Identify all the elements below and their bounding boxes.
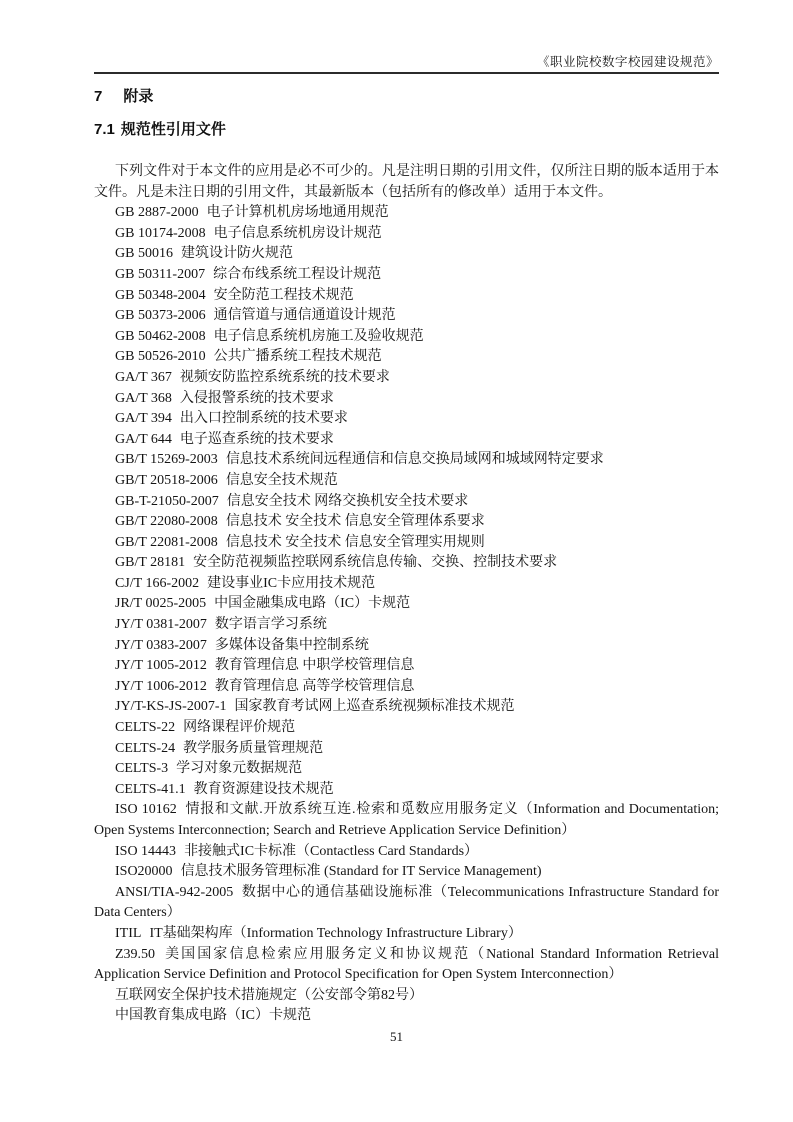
reference-code: GB 50348-2004 — [115, 288, 206, 303]
subsection-heading: 7.1规范性引用文件 — [94, 121, 719, 138]
reference-item: GA/T 644电子巡查系统的技术要求 — [94, 430, 719, 451]
reference-code: GB 10174-2008 — [115, 226, 206, 241]
reference-item: Z39.50美国国家信息检索应用服务定义和协议规范（National Stand… — [94, 945, 719, 986]
reference-item: GB 50311-2007综合布线系统工程设计规范 — [94, 265, 719, 286]
reference-title: 中国金融集成电路（IC）卡规范 — [214, 596, 410, 611]
reference-title: 信息技术服务管理标准 (Standard for IT Service Mana… — [181, 864, 542, 879]
reference-item: CELTS-22网络课程评价规范 — [94, 718, 719, 739]
reference-title: 网络课程评价规范 — [183, 720, 295, 735]
section-title: 附录 — [123, 88, 153, 105]
reference-item: GB-T-21050-2007信息安全技术 网络交换机安全技术要求 — [94, 492, 719, 513]
section-heading: 7附录 — [94, 88, 719, 105]
reference-title: 信息安全技术 网络交换机安全技术要求 — [227, 494, 469, 509]
reference-title: 视频安防监控系统系统的技术要求 — [180, 370, 390, 385]
reference-code: CELTS-22 — [115, 720, 175, 735]
reference-title: 电子巡查系统的技术要求 — [180, 432, 334, 447]
reference-title: 数字语言学习系统 — [215, 617, 327, 632]
reference-code: GB 50016 — [115, 246, 173, 261]
reference-code: GB/T 15269-2003 — [115, 452, 218, 467]
subsection-number: 7.1 — [94, 121, 115, 138]
reference-code: ITIL — [115, 926, 141, 941]
reference-code: GB 50526-2010 — [115, 349, 206, 364]
reference-item: JY/T-KS-JS-2007-1国家教育考试网上巡查系统视频标准技术规范 — [94, 697, 719, 718]
reference-title: 公共广播系统工程技术规范 — [214, 349, 382, 364]
reference-title: 美国国家信息检索应用服务定义和协议规范（National Standard In… — [94, 947, 719, 983]
reference-title: 国家教育考试网上巡查系统视频标准技术规范 — [235, 699, 515, 714]
reference-title: 通信管道与通信通道设计规范 — [214, 308, 396, 323]
reference-code: GB 50373-2006 — [115, 308, 206, 323]
reference-code: ISO 10162 — [115, 802, 177, 817]
reference-item: ISO 14443非接触式IC卡标准（Contactless Card Stan… — [94, 842, 719, 863]
section-number: 7 — [94, 88, 102, 105]
reference-item: JY/T 1005-2012教育管理信息 中职学校管理信息 — [94, 656, 719, 677]
reference-item: GB 10174-2008电子信息系统机房设计规范 — [94, 224, 719, 245]
reference-item: GB/T 22081-2008信息技术 安全技术 信息安全管理实用规则 — [94, 533, 719, 554]
reference-title: 非接触式IC卡标准（Contactless Card Standards） — [184, 844, 478, 859]
page-body: 7附录 7.1规范性引用文件 下列文件对于本文件的应用是必不可少的。凡是注明日期… — [94, 88, 719, 1027]
reference-title: 电子信息系统机房施工及验收规范 — [214, 329, 424, 344]
reference-code: ISO20000 — [115, 864, 173, 879]
reference-code: GB 50311-2007 — [115, 267, 205, 282]
reference-title: 教育管理信息 中职学校管理信息 — [215, 658, 415, 673]
reference-title: IT基础架构库（Information Technology Infrastru… — [149, 926, 521, 941]
reference-item: 互联网安全保护技术措施规定（公安部令第82号） — [94, 986, 719, 1007]
reference-code: GB/T 28181 — [115, 555, 185, 570]
reference-code: GA/T 367 — [115, 370, 172, 385]
reference-item: GB/T 15269-2003信息技术系统间远程通信和信息交换局域网和城域网特定… — [94, 450, 719, 471]
reference-title: 信息技术系统间远程通信和信息交换局域网和城域网特定要求 — [226, 452, 604, 467]
running-title: 《职业院校数字校园建设规范》 — [537, 55, 719, 69]
reference-code: GB-T-21050-2007 — [115, 494, 219, 509]
reference-title: 综合布线系统工程设计规范 — [213, 267, 381, 282]
page-number: 51 — [390, 1029, 403, 1044]
reference-item: CELTS-3学习对象元数据规范 — [94, 759, 719, 780]
reference-item: CJ/T 166-2002建设事业IC卡应用技术规范 — [94, 574, 719, 595]
reference-title: 信息技术 安全技术 信息安全管理实用规则 — [226, 535, 485, 550]
reference-code: CELTS-24 — [115, 741, 175, 756]
reference-title: 情报和文献.开放系统互连.检索和觅数应用服务定义（Information and… — [94, 802, 719, 838]
reference-title: 中国教育集成电路（IC）卡规范 — [115, 1008, 311, 1023]
reference-item: GA/T 367视频安防监控系统系统的技术要求 — [94, 368, 719, 389]
reference-code: JY/T-KS-JS-2007-1 — [115, 699, 227, 714]
reference-title: 入侵报警系统的技术要求 — [180, 391, 334, 406]
reference-code: CELTS-41.1 — [115, 782, 186, 797]
reference-code: GB/T 20518-2006 — [115, 473, 218, 488]
reference-item: GB/T 20518-2006信息安全技术规范 — [94, 471, 719, 492]
reference-item: GB 50526-2010公共广播系统工程技术规范 — [94, 347, 719, 368]
intro-paragraph: 下列文件对于本文件的应用是必不可少的。凡是注明日期的引用文件，仅所注日期的版本适… — [94, 162, 719, 203]
reference-code: GA/T 368 — [115, 391, 172, 406]
reference-item: JR/T 0025-2005中国金融集成电路（IC）卡规范 — [94, 594, 719, 615]
reference-item: JY/T 0381-2007数字语言学习系统 — [94, 615, 719, 636]
reference-title: 建设事业IC卡应用技术规范 — [207, 576, 375, 591]
reference-item: ITILIT基础架构库（Information Technology Infra… — [94, 924, 719, 945]
reference-item: GB 2887-2000电子计算机机房场地通用规范 — [94, 203, 719, 224]
reference-title: 安全防范工程技术规范 — [214, 288, 354, 303]
reference-title: 电子计算机机房场地通用规范 — [207, 205, 389, 220]
reference-code: GB 2887-2000 — [115, 205, 199, 220]
reference-title: 安全防范视频监控联网系统信息传输、交换、控制技术要求 — [193, 555, 557, 570]
reference-title: 电子信息系统机房设计规范 — [214, 226, 382, 241]
reference-title: 信息技术 安全技术 信息安全管理体系要求 — [226, 514, 485, 529]
reference-item: GB/T 28181安全防范视频监控联网系统信息传输、交换、控制技术要求 — [94, 553, 719, 574]
subsection-title: 规范性引用文件 — [121, 121, 226, 138]
reference-code: Z39.50 — [115, 947, 155, 962]
reference-item: GB/T 22080-2008信息技术 安全技术 信息安全管理体系要求 — [94, 512, 719, 533]
reference-item: JY/T 1006-2012教育管理信息 高等学校管理信息 — [94, 677, 719, 698]
reference-item: GA/T 394出入口控制系统的技术要求 — [94, 409, 719, 430]
reference-title: 出入口控制系统的技术要求 — [180, 411, 348, 426]
reference-code: CELTS-3 — [115, 761, 168, 776]
reference-title: 教育资源建设技术规范 — [194, 782, 334, 797]
reference-list: GB 2887-2000电子计算机机房场地通用规范 GB 10174-2008电… — [94, 203, 719, 1027]
reference-item: ISO 10162情报和文献.开放系统互连.检索和觅数应用服务定义（Inform… — [94, 800, 719, 841]
page-header: 《职业院校数字校园建设规范》 — [94, 55, 719, 74]
page-footer: 51 — [0, 1029, 793, 1044]
reference-code: GB 50462-2008 — [115, 329, 206, 344]
reference-code: GB/T 22080-2008 — [115, 514, 218, 529]
reference-code: GA/T 394 — [115, 411, 172, 426]
reference-title: 信息安全技术规范 — [226, 473, 338, 488]
reference-item: GB 50348-2004安全防范工程技术规范 — [94, 286, 719, 307]
reference-title: 建筑设计防火规范 — [181, 246, 293, 261]
reference-code: JY/T 0383-2007 — [115, 638, 207, 653]
reference-title: 教学服务质量管理规范 — [183, 741, 323, 756]
reference-code: GB/T 22081-2008 — [115, 535, 218, 550]
reference-title: 学习对象元数据规范 — [176, 761, 302, 776]
reference-code: ANSI/TIA-942-2005 — [115, 885, 233, 900]
document-page: 《职业院校数字校园建设规范》 7附录 7.1规范性引用文件 下列文件对于本文件的… — [0, 0, 793, 1122]
reference-item: CELTS-24教学服务质量管理规范 — [94, 739, 719, 760]
reference-item: JY/T 0383-2007多媒体设备集中控制系统 — [94, 636, 719, 657]
reference-code: JY/T 1006-2012 — [115, 679, 207, 694]
reference-title: 互联网安全保护技术措施规定（公安部令第82号） — [115, 988, 423, 1003]
reference-title: 教育管理信息 高等学校管理信息 — [215, 679, 415, 694]
reference-code: GA/T 644 — [115, 432, 172, 447]
reference-code: JR/T 0025-2005 — [115, 596, 206, 611]
reference-item: 中国教育集成电路（IC）卡规范 — [94, 1006, 719, 1027]
reference-code: CJ/T 166-2002 — [115, 576, 199, 591]
reference-code: ISO 14443 — [115, 844, 176, 859]
reference-title: 多媒体设备集中控制系统 — [215, 638, 369, 653]
reference-code: JY/T 0381-2007 — [115, 617, 207, 632]
reference-item: GB 50462-2008电子信息系统机房施工及验收规范 — [94, 327, 719, 348]
reference-item: GB 50016建筑设计防火规范 — [94, 244, 719, 265]
reference-code: JY/T 1005-2012 — [115, 658, 207, 673]
reference-item: CELTS-41.1教育资源建设技术规范 — [94, 780, 719, 801]
reference-item: ANSI/TIA-942-2005数据中心的通信基础设施标准（Telecommu… — [94, 883, 719, 924]
reference-item: GB 50373-2006通信管道与通信通道设计规范 — [94, 306, 719, 327]
reference-item: ISO20000信息技术服务管理标准 (Standard for IT Serv… — [94, 862, 719, 883]
reference-item: GA/T 368入侵报警系统的技术要求 — [94, 389, 719, 410]
